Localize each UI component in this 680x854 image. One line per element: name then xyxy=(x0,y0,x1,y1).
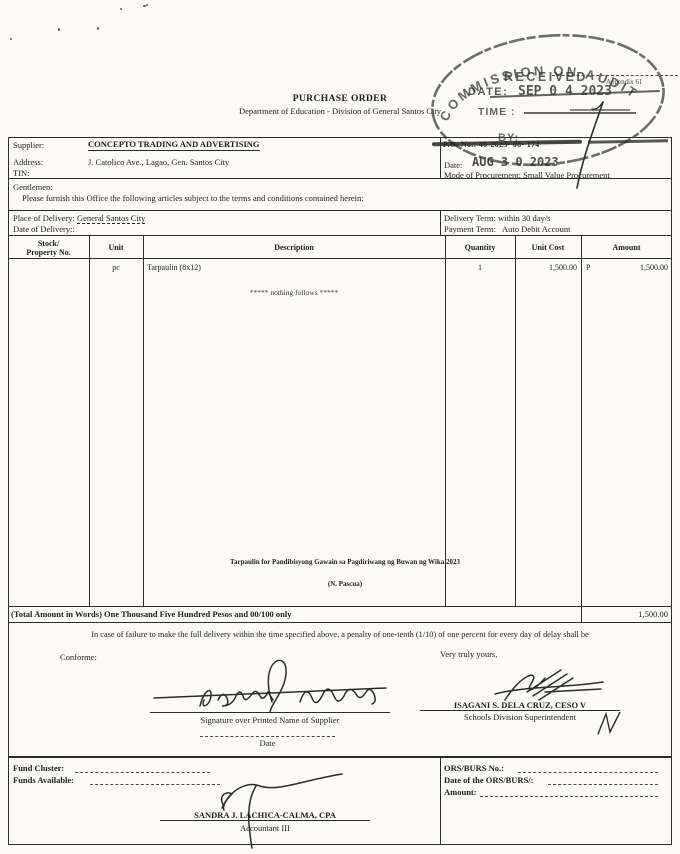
salutation: Gentlemen: xyxy=(13,182,53,192)
scan-noise xyxy=(10,38,12,40)
accountant-name: SANDRA J. LACHICA-CALMA, CPA xyxy=(160,810,370,821)
delivery-term-label: Delivery Term: xyxy=(444,213,496,223)
col-header-unit-cost: Unit Cost xyxy=(515,243,581,252)
supplier-signature-line xyxy=(150,712,390,713)
ors-date-label: Date of the ORS/BURS/: xyxy=(444,775,533,785)
scan-noise xyxy=(58,28,60,31)
item-unit: pc xyxy=(89,263,143,272)
address-label: Address: xyxy=(13,157,43,167)
supplier-label: Supplier: xyxy=(13,140,44,150)
conforme-label: Conforme: xyxy=(60,652,97,662)
rule xyxy=(8,210,672,211)
place-value: General Santos City xyxy=(77,213,145,224)
fund-cluster-label: Fund Cluster: xyxy=(13,763,64,773)
fund-cluster-line xyxy=(75,771,210,773)
col-header-stock1: Stock/ xyxy=(8,239,89,248)
divider xyxy=(440,210,441,235)
scan-noise xyxy=(97,27,99,30)
scan-noise xyxy=(120,8,122,10)
date-stamp-value: AUG 3 0 2023 xyxy=(472,155,559,169)
closing-phrase: Very truly yours, xyxy=(440,649,497,659)
col-line xyxy=(445,235,446,607)
date-label: Date: xyxy=(444,160,462,170)
date-caption: Date xyxy=(200,738,335,748)
penalty-clause: In case of failure to make the full deli… xyxy=(20,630,660,639)
place-of-delivery: Place of Delivery: General Santos City xyxy=(13,213,145,223)
rule xyxy=(8,606,672,607)
payment-term: Payment Term: Auto Debit Account xyxy=(444,224,571,234)
delivery-term-value: within 30 day/s xyxy=(498,213,550,223)
tin-label: TIN: xyxy=(13,168,30,178)
supplier-value: CONCEPTO TRADING AND ADVERTISING xyxy=(88,139,260,151)
mode-of-procurement-value: Small Value Procurement xyxy=(523,170,610,180)
ors-no-label: ORS/BURS No.: xyxy=(444,763,504,773)
mode-of-procurement-label: Mode of Procurement: xyxy=(444,170,521,180)
purpose-endorser: (N. Pascua) xyxy=(110,580,580,588)
address-value: J. Catolico Ave., Lagao, Gen. Santos Cit… xyxy=(88,157,229,167)
supplier-signature xyxy=(148,648,398,718)
item-amount: 1,500.00 xyxy=(598,263,668,272)
col-header-quantity: Quantity xyxy=(445,243,515,252)
supplier-signature-caption: Signature over Printed Name of Supplier xyxy=(150,715,390,725)
col-header-amount: Amount xyxy=(581,243,672,252)
ors-amount-label: Amount: xyxy=(444,787,477,797)
rule xyxy=(8,258,672,259)
col-header-description: Description xyxy=(143,243,445,252)
col-header-unit: Unit xyxy=(89,243,143,252)
stamp-received-text: RECEIVED xyxy=(504,70,588,84)
total-in-words: (Total Amount in Words) One Thousand Fiv… xyxy=(11,610,292,619)
item-description: Tarpaulin (8x12) xyxy=(147,263,201,272)
total-amount: 1,500.00 xyxy=(590,610,668,619)
item-currency: P xyxy=(586,263,590,272)
place-label: Place of Delivery: xyxy=(13,213,75,223)
instruction: Please furnish this Office the following… xyxy=(22,193,364,203)
purchase-order-document: Appendix 61 PURCHASE ORDER Department of… xyxy=(0,0,680,854)
ors-amount-line xyxy=(480,795,658,797)
purpose-line: Tarpaulin for Pandibisyong Gawain sa Pag… xyxy=(110,558,580,566)
funds-available-line xyxy=(90,783,220,785)
col-line xyxy=(581,235,582,622)
payment-term-label: Payment Term: xyxy=(444,224,496,234)
ors-date-line xyxy=(548,783,658,785)
footer-divider xyxy=(440,757,441,845)
rule xyxy=(8,235,672,236)
col-line xyxy=(515,235,516,607)
col-header-stock2: Property No. xyxy=(8,248,89,257)
item-unit-cost: 1,500.00 xyxy=(515,263,577,272)
mode-label: Mode of Procurement: Small Value Procure… xyxy=(444,170,610,180)
date-line xyxy=(200,735,335,737)
ors-no-line xyxy=(518,771,658,773)
date-of-delivery-label: Date of Delivery:: xyxy=(13,224,75,234)
superintendent-title: Schools Division Superintendent xyxy=(420,712,620,722)
handwritten-initial xyxy=(596,712,624,736)
item-quantity: 1 xyxy=(445,263,515,272)
accountant-title: Accountant III xyxy=(160,823,370,833)
nothing-follows: ***** nothing follows ***** xyxy=(143,288,445,297)
funds-available-label: Funds Available: xyxy=(13,775,74,785)
col-line xyxy=(89,235,90,607)
superintendent-name: ISAGANI S. DELA CRUZ, CESO V xyxy=(420,700,620,711)
payment-term-value: Auto Debit Account xyxy=(498,224,570,234)
stamp-time-label: TIME : xyxy=(478,106,516,118)
scan-noise xyxy=(146,4,148,6)
delivery-term: Delivery Term: within 30 day/s xyxy=(444,213,550,223)
